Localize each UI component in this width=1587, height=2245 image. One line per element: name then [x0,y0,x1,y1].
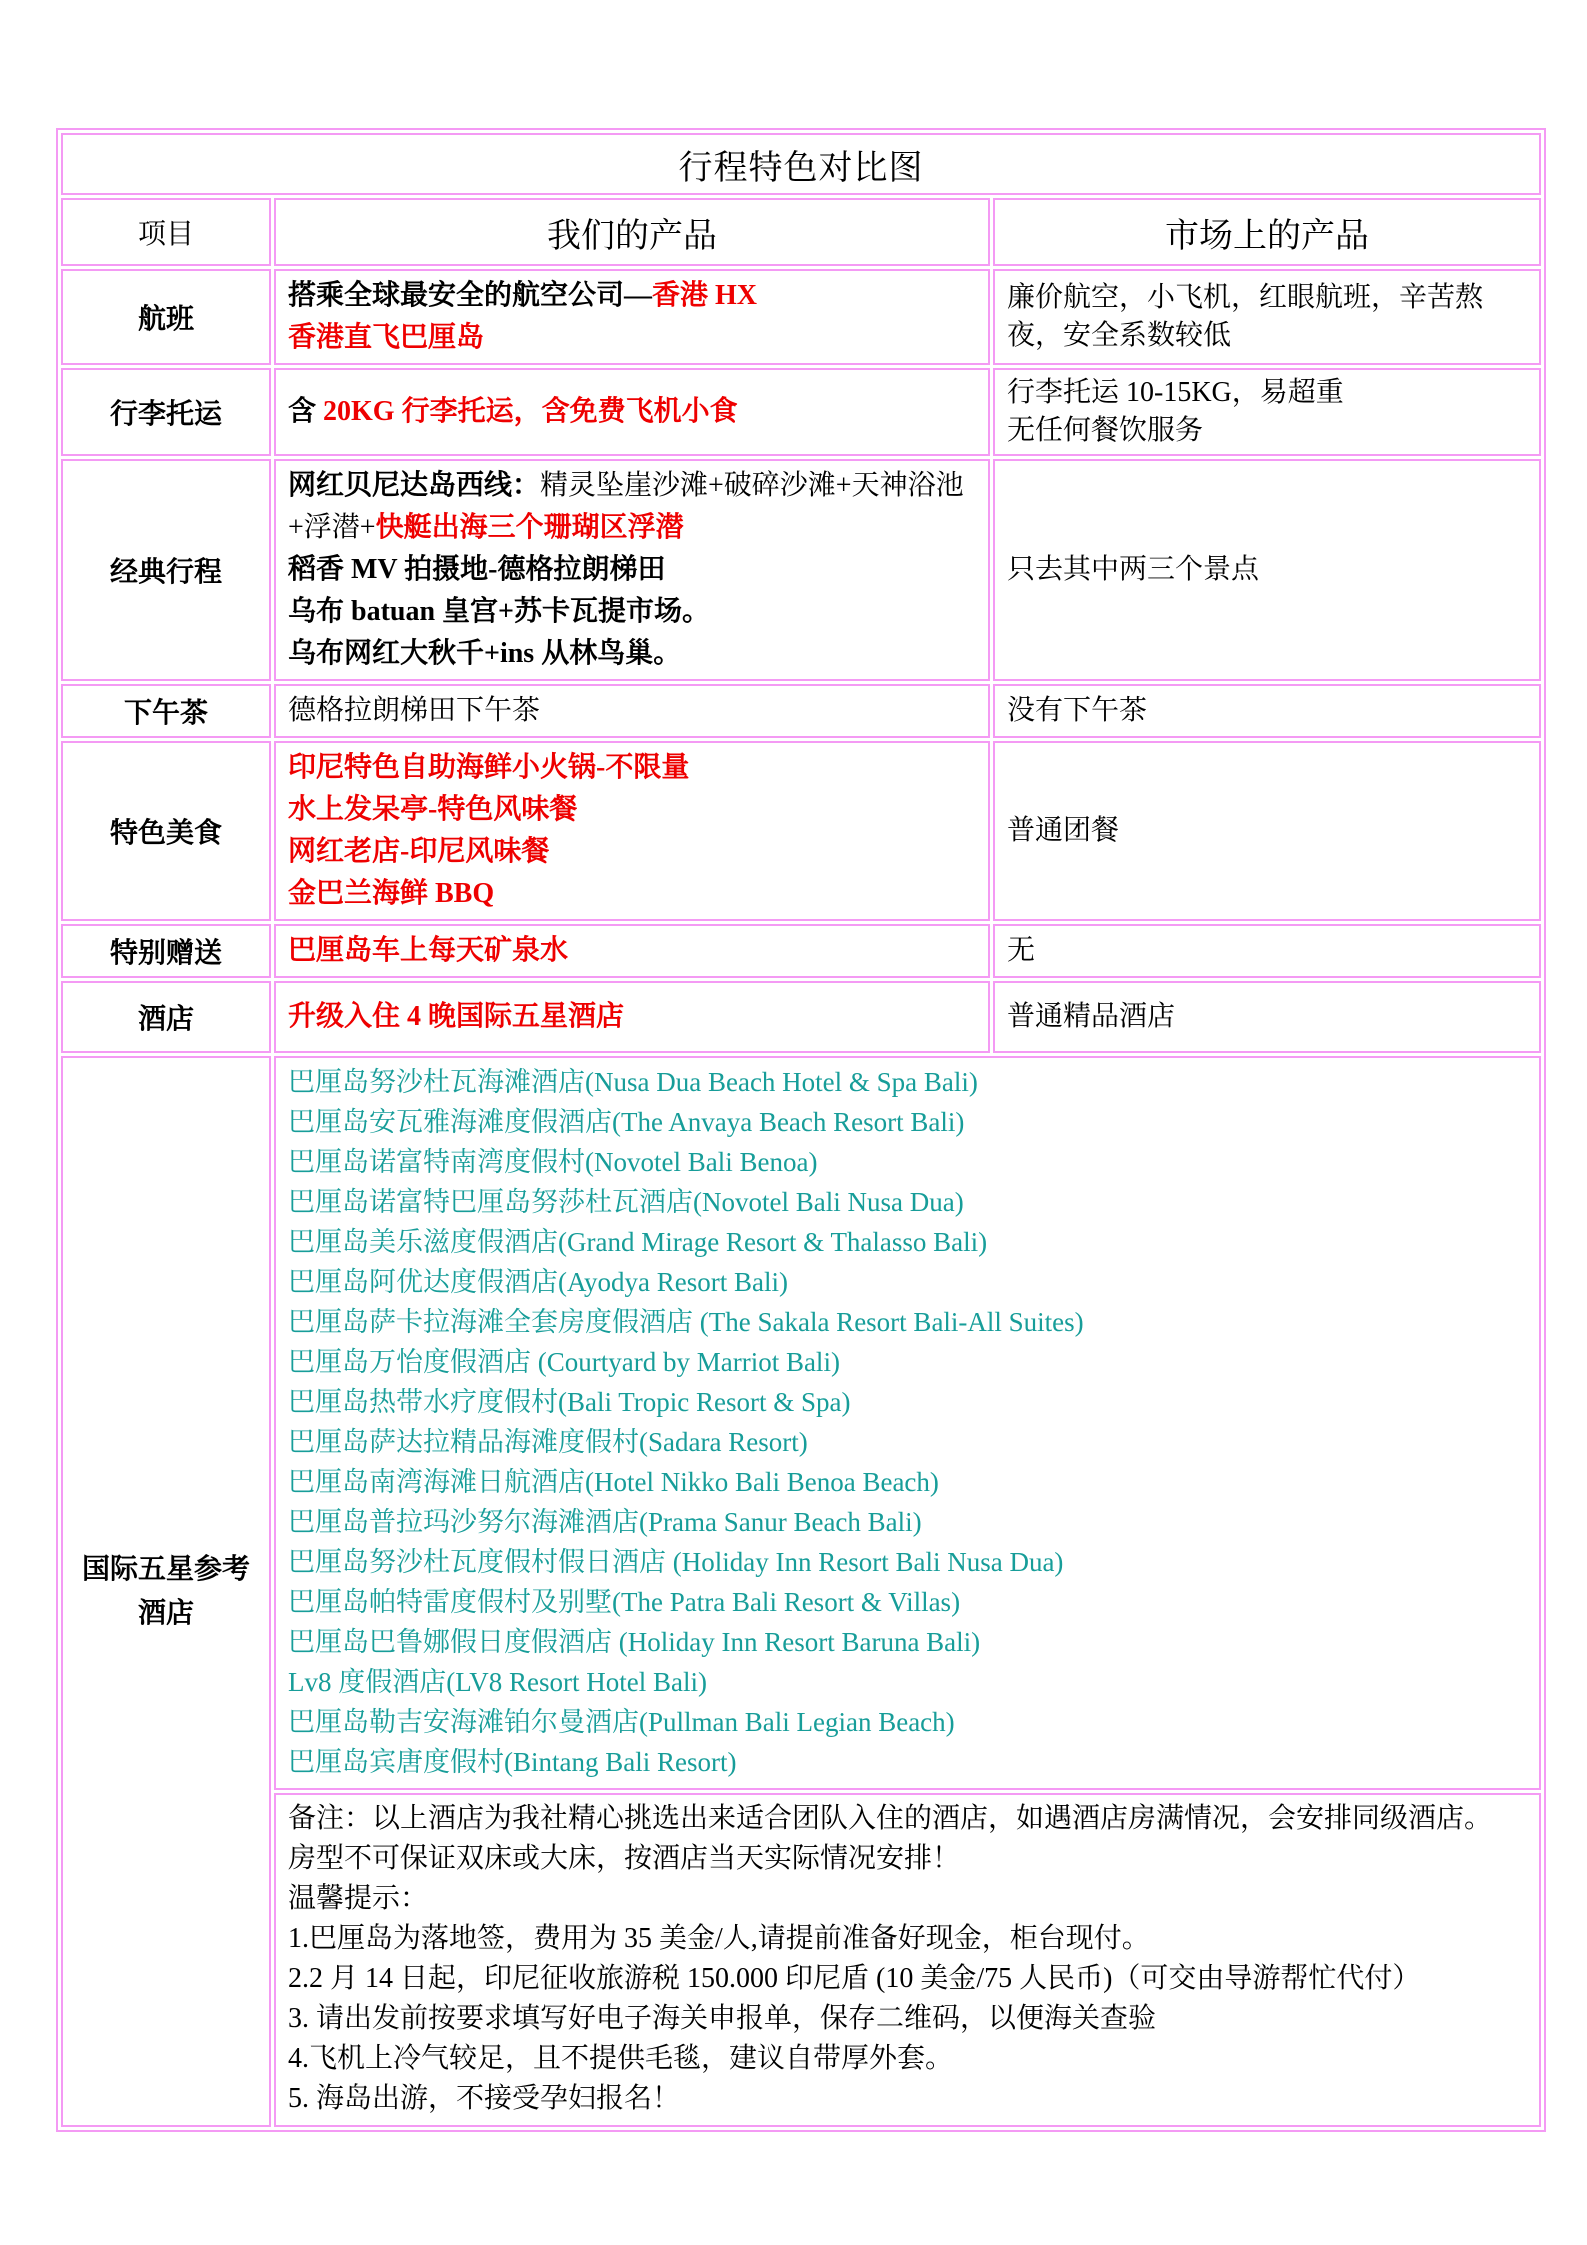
note-line: 温馨提示： [288,1879,1527,1919]
note-line: 房型不可保证双床或大床，按酒店当天实际情况安排！ [288,1839,1527,1879]
page-title: 行程特色对比图 [61,133,1541,195]
row-flight-market: 廉价航空，小飞机，红眼航班，辛苦熬夜，安全系数较低 [993,269,1541,365]
column-header-item: 项目 [61,198,271,266]
flight-ours-red: 香港 HX [652,280,757,311]
row-baggage-label: 行李托运 [61,368,271,456]
row-itinerary-market: 只去其中两三个景点 [993,459,1541,681]
hotel-list-item: 巴厘岛万怡度假酒店 (Courtyard by Marriot Bali) [288,1342,1527,1382]
row-hotel-reference: 国际五星参考 酒店 巴厘岛努沙杜瓦海滩酒店(Nusa Dua Beach Hot… [61,1056,1541,1790]
hotel-list-item: 巴厘岛美乐滋度假酒店(Grand Mirage Resort & Thalass… [288,1222,1527,1262]
hotel-list-item: 巴厘岛南湾海滩日航酒店(Hotel Nikko Bali Benoa Beach… [288,1462,1527,1502]
hotel-reference-label-line2: 酒店 [64,1592,268,1636]
hotel-list-item: 巴厘岛热带水疗度假村(Bali Tropic Resort & Spa) [288,1382,1527,1422]
row-food-ours: 印尼特色自助海鲜小火锅-不限量水上发呆亭-特色风味餐网红老店-印尼风味餐金巴兰海… [274,741,990,921]
hotel-list-item: 巴厘岛帕特雷度假村及别墅(The Patra Bali Resort & Vil… [288,1582,1527,1622]
itinerary-line3: 乌布 batuan 皇宫+苏卡瓦提市场。 [288,591,976,633]
row-flight-label: 航班 [61,269,271,365]
food-ours-lines: 印尼特色自助海鲜小火锅-不限量水上发呆亭-特色风味餐网红老店-印尼风味餐金巴兰海… [288,747,976,915]
food-ours-line: 水上发呆亭-特色风味餐 [288,789,976,831]
row-baggage: 行李托运 含 20KG 行李托运，含免费飞机小食 行李托运 10-15KG，易超… [61,368,1541,456]
row-itinerary: 经典行程 网红贝尼达岛西线：精灵坠崖沙滩+破碎沙滩+天神浴池+浮潜+快艇出海三个… [61,459,1541,681]
column-header-ours: 我们的产品 [274,198,990,266]
hotel-list-item: Lv8 度假酒店(LV8 Resort Hotel Bali) [288,1662,1527,1702]
row-flight: 航班 搭乘全球最安全的航空公司—香港 HX 香港直飞巴厘岛 廉价航空，小飞机，红… [61,269,1541,365]
row-itinerary-ours: 网红贝尼达岛西线：精灵坠崖沙滩+破碎沙滩+天神浴池+浮潜+快艇出海三个珊瑚区浮潜… [274,459,990,681]
row-tea-market: 没有下午茶 [993,684,1541,738]
hotel-reference-label-line1: 国际五星参考 [64,1548,268,1592]
row-flight-ours: 搭乘全球最安全的航空公司—香港 HX 香港直飞巴厘岛 [274,269,990,365]
title-row: 行程特色对比图 [61,133,1541,195]
flight-ours-line1: 搭乘全球最安全的航空公司—香港 HX [288,275,976,317]
flight-ours-line2: 香港直飞巴厘岛 [288,317,976,359]
hotel-reference-label: 国际五星参考 酒店 [61,1056,271,2127]
hotel-list-item: 巴厘岛萨卡拉海滩全套房度假酒店 (The Sakala Resort Bali-… [288,1302,1527,1342]
hotel-list-item: 巴厘岛安瓦雅海滩度假酒店(The Anvaya Beach Resort Bal… [288,1102,1527,1142]
note-line: 备注：以上酒店为我社精心挑选出来适合团队入住的酒店，如遇酒店房满情况，会安排同级… [288,1799,1527,1839]
hotel-list: 巴厘岛努沙杜瓦海滩酒店(Nusa Dua Beach Hotel & Spa B… [274,1056,1541,1790]
row-food: 特色美食 印尼特色自助海鲜小火锅-不限量水上发呆亭-特色风味餐网红老店-印尼风味… [61,741,1541,921]
row-food-label: 特色美食 [61,741,271,921]
itinerary-line1-red: 快艇出海三个珊瑚区浮潜 [376,512,684,543]
row-baggage-ours: 含 20KG 行李托运，含免费飞机小食 [274,368,990,456]
row-afternoon-tea: 下午茶 德格拉朗梯田下午茶 没有下午茶 [61,684,1541,738]
row-gift-label: 特别赠送 [61,924,271,978]
itinerary-line4: 乌布网红大秋千+ins 从林鸟巢。 [288,633,976,675]
hotel-list-item: 巴厘岛宾唐度假村(Bintang Bali Resort) [288,1742,1527,1782]
row-hotel-label: 酒店 [61,981,271,1053]
notes: 备注：以上酒店为我社精心挑选出来适合团队入住的酒店，如遇酒店房满情况，会安排同级… [274,1793,1541,2127]
hotel-list-item: 巴厘岛努沙杜瓦海滩酒店(Nusa Dua Beach Hotel & Spa B… [288,1062,1527,1102]
note-line: 3. 请出发前按要求填写好电子海关申报单，保存二维码，以便海关查验 [288,1999,1527,2039]
hotel-list-item: 巴厘岛阿优达度假酒店(Ayodya Resort Bali) [288,1262,1527,1302]
row-notes: 备注：以上酒店为我社精心挑选出来适合团队入住的酒店，如遇酒店房满情况，会安排同级… [61,1793,1541,2127]
row-baggage-market: 行李托运 10-15KG，易超重 无任何餐饮服务 [993,368,1541,456]
food-ours-line: 金巴兰海鲜 BBQ [288,873,976,915]
hotel-list-item: 巴厘岛诺富特巴厘岛努莎杜瓦酒店(Novotel Bali Nusa Dua) [288,1182,1527,1222]
row-gift-market: 无 [993,924,1541,978]
comparison-table: 行程特色对比图 项目 我们的产品 市场上的产品 航班 搭乘全球最安全的航空公司—… [56,128,1546,2132]
itinerary-line2: 稻香 MV 拍摄地-德格拉朗梯田 [288,549,976,591]
row-hotel: 酒店 升级入住 4 晚国际五星酒店 普通精品酒店 [61,981,1541,1053]
note-line: 1.巴厘岛为落地签，费用为 35 美金/人,请提前准备好现金，柜台现付。 [288,1919,1527,1959]
hotel-list-item: 巴厘岛巴鲁娜假日度假酒店 (Holiday Inn Resort Baruna … [288,1622,1527,1662]
food-ours-line: 印尼特色自助海鲜小火锅-不限量 [288,747,976,789]
hotel-list-item: 巴厘岛努沙杜瓦度假村假日酒店 (Holiday Inn Resort Bali … [288,1542,1527,1582]
itinerary-paragraph: 网红贝尼达岛西线：精灵坠崖沙滩+破碎沙滩+天神浴池+浮潜+快艇出海三个珊瑚区浮潜 [288,470,964,543]
hotel-list-item: 巴厘岛萨达拉精品海滩度假村(Sadara Resort) [288,1422,1527,1462]
note-line: 4.飞机上冷气较足，且不提供毛毯，建议自带厚外套。 [288,2039,1527,2079]
row-hotel-market: 普通精品酒店 [993,981,1541,1053]
baggage-ours-red: 20KG 行李托运，含免费飞机小食 [323,396,738,427]
baggage-ours-black: 含 [288,396,323,427]
food-ours-line: 网红老店-印尼风味餐 [288,831,976,873]
row-tea-ours: 德格拉朗梯田下午茶 [274,684,990,738]
note-line: 5. 海岛出游，不接受孕妇报名！ [288,2079,1527,2119]
row-tea-label: 下午茶 [61,684,271,738]
hotel-list-item: 巴厘岛勒吉安海滩铂尔曼酒店(Pullman Bali Legian Beach) [288,1702,1527,1742]
hotel-list-item: 巴厘岛诺富特南湾度假村(Novotel Bali Benoa) [288,1142,1527,1182]
note-line: 2.2 月 14 日起，印尼征收旅游税 150.000 印尼盾 (10 美金/7… [288,1959,1527,1999]
row-itinerary-label: 经典行程 [61,459,271,681]
row-gift: 特别赠送 巴厘岛车上每天矿泉水 无 [61,924,1541,978]
baggage-market-line1: 行李托运 10-15KG，易超重 [1007,374,1527,412]
row-food-market: 普通团餐 [993,741,1541,921]
flight-ours-black: 搭乘全球最安全的航空公司— [288,280,652,311]
baggage-market-line2: 无任何餐饮服务 [1007,412,1527,450]
column-header-market: 市场上的产品 [993,198,1541,266]
row-hotel-ours: 升级入住 4 晚国际五星酒店 [274,981,990,1053]
header-row: 项目 我们的产品 市场上的产品 [61,198,1541,266]
itinerary-line1-bold: 网红贝尼达岛西线： [288,470,540,501]
hotel-list-item: 巴厘岛普拉玛沙努尔海滩酒店(Prama Sanur Beach Bali) [288,1502,1527,1542]
row-gift-ours: 巴厘岛车上每天矿泉水 [274,924,990,978]
